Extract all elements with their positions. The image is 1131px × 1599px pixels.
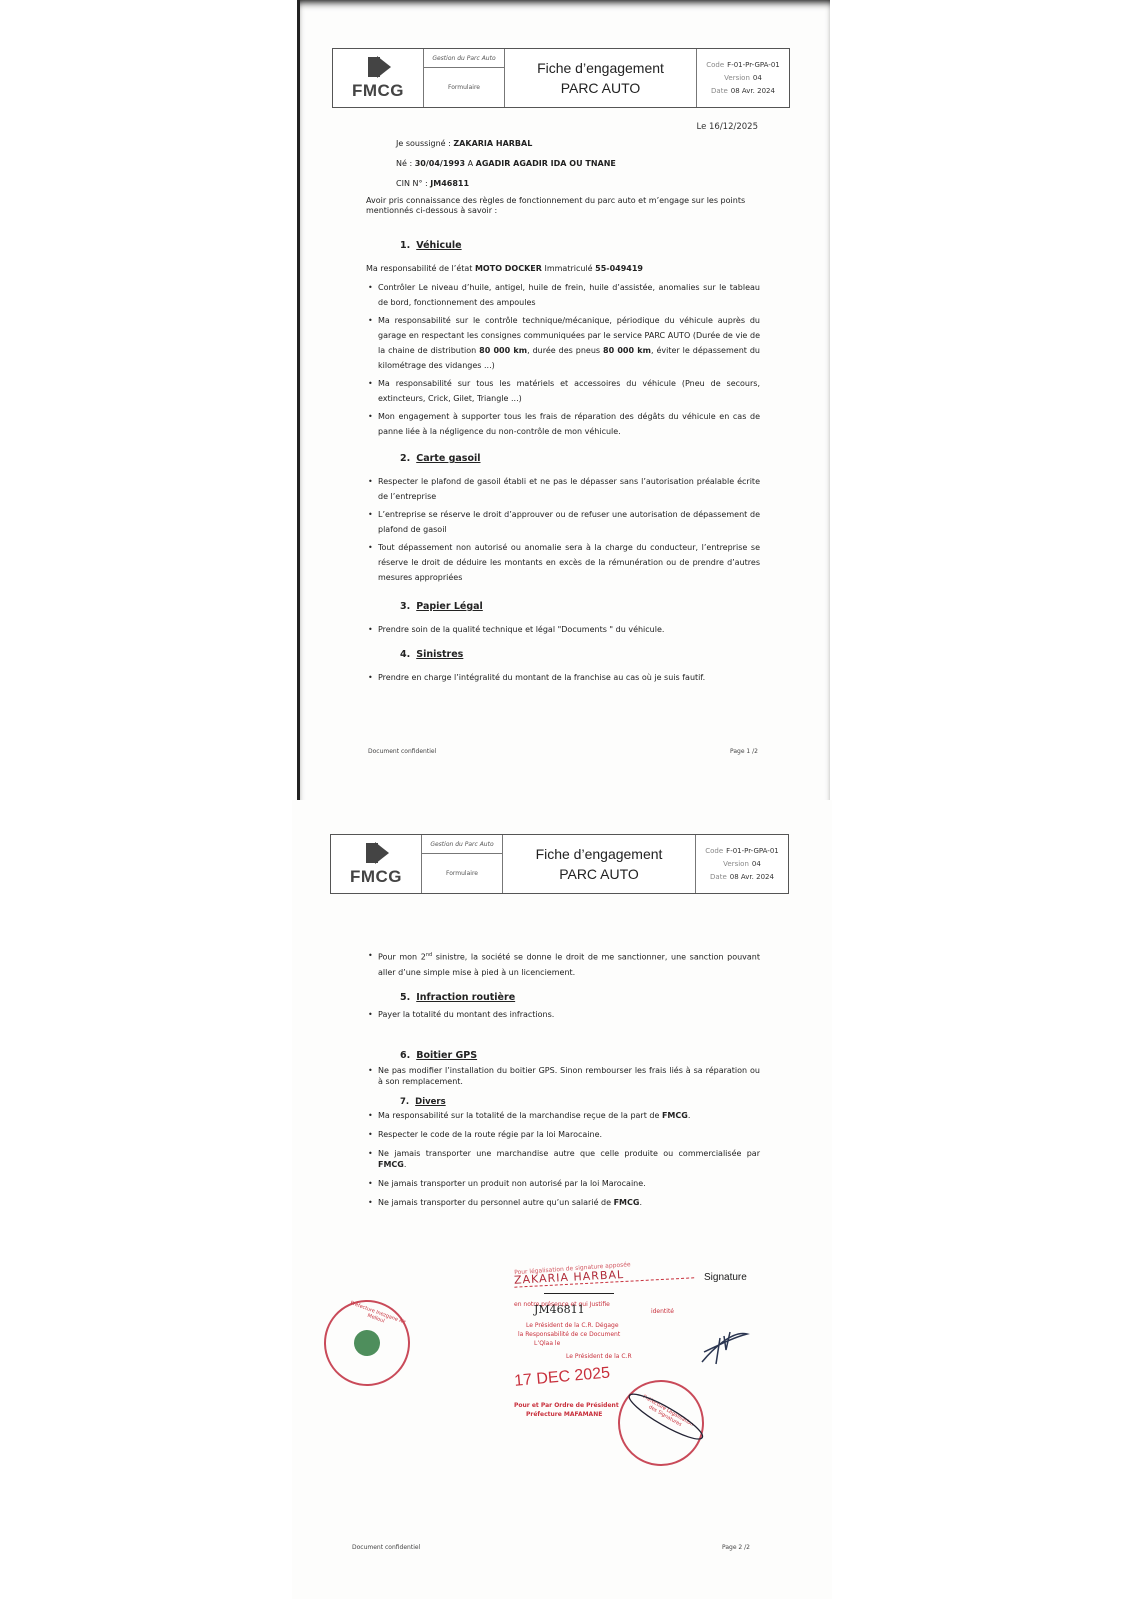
employee-name: ZAKARIA HARBAL <box>453 139 532 148</box>
section-number: 3. <box>400 601 410 612</box>
document-header: FMCG Gestion du Parc Auto Formulaire Fic… <box>330 834 789 894</box>
section-number: 1. <box>400 240 410 251</box>
list-item: Respecter le code de la route régie par … <box>366 1129 760 1140</box>
footer-page-number: Page 2 /2 <box>722 1544 750 1551</box>
section-infraction-title: 5.Infraction routière <box>400 990 760 1005</box>
intro-text: Avoir pris connaissance des règles de fo… <box>366 196 760 216</box>
section-sinistres-title: 4.Sinistres <box>400 647 760 662</box>
seal-left-icon: Préfecture Inezgane Ait Melloul <box>312 1288 422 1398</box>
section-number: 5. <box>400 992 410 1003</box>
list-item: Respecter le plafond de gasoil établi et… <box>366 474 760 504</box>
version-label: Version <box>723 860 749 868</box>
section-gasoil-list: Respecter le plafond de gasoil établi et… <box>366 474 760 585</box>
vehicle-model: MOTO DOCKER <box>475 264 542 273</box>
section-number: 2. <box>400 453 410 464</box>
list-item: Ma responsabilité sur le contrôle techni… <box>366 313 760 373</box>
vehicle-responsibility: Ma responsabilité de l’état MOTO DOCKER … <box>366 261 760 276</box>
list-item: Contrôler Le niveau d’huile, antigel, hu… <box>366 280 760 310</box>
section-title-text: Boitier GPS <box>416 1050 477 1061</box>
cin-label: CIN N° : <box>396 179 428 188</box>
signature-scribble-icon <box>692 1320 752 1370</box>
section-papier-list: Prendre soin de la qualité technique et … <box>366 622 760 637</box>
page2-body: Pour mon 2nd sinistre, la société se don… <box>366 948 760 1211</box>
section-title-text: Carte gasoil <box>416 453 480 464</box>
company-logo: FMCG <box>333 49 424 107</box>
document-page-1: FMCG Gestion du Parc Auto Formulaire Fic… <box>297 0 830 800</box>
title-line-1: Fiche d’engagement <box>536 844 663 864</box>
section-gasoil-title: 2.Carte gasoil <box>400 451 760 466</box>
cin-number: JM46811 <box>430 179 469 188</box>
document-title: Fiche d’engagement PARC AUTO <box>505 49 697 107</box>
stamp-disclaimer-2: la Responsabilité de ce Document <box>518 1330 694 1339</box>
code-label: Code <box>705 847 723 855</box>
signature-over-seal-icon <box>617 1380 715 1454</box>
title-line-1: Fiche d’engagement <box>537 58 664 78</box>
title-line-2: PARC AUTO <box>561 78 641 98</box>
department-label: Gestion du Parc Auto <box>422 835 502 854</box>
page1-body: Je soussigné : ZAKARIA HARBAL Né : 30/04… <box>366 136 760 688</box>
list-item: L’entreprise se réserve le droit d’appro… <box>366 507 760 537</box>
doc-type-label: Formulaire <box>422 854 502 893</box>
document-meta: CodeF-01-Pr-GPA-01 Version04 Date08 Avr.… <box>697 49 789 107</box>
section-divers-title: 7.Divers <box>400 1095 760 1110</box>
date-value: 08 Avr. 2024 <box>730 873 774 881</box>
list-item: Ma responsabilité sur la totalité de la … <box>366 1110 760 1121</box>
list-item: Ne pas modifier l’installation du boitie… <box>366 1065 760 1087</box>
logo-text: FMCG <box>352 81 404 101</box>
section-vehicule-title: 1.Véhicule <box>400 238 760 253</box>
company-logo: FMCG <box>331 835 422 893</box>
section-title-text: Sinistres <box>416 649 463 660</box>
section-number: 4. <box>400 649 410 660</box>
list-item: Mon engagement à supporter tous les frai… <box>366 409 760 439</box>
list-item: Prendre en charge l’intégralité du monta… <box>366 670 760 685</box>
section-papier-title: 3.Papier Légal <box>400 599 760 614</box>
list-item: Pour mon 2nd sinistre, la société se don… <box>366 948 760 980</box>
list-item: Ne jamais transporter du personnel autre… <box>366 1197 760 1208</box>
birth-sep: A <box>468 159 473 168</box>
document-title: Fiche d’engagement PARC AUTO <box>503 835 696 893</box>
stamp-disclaimer-1: Le Président de la C.R. Dégage <box>526 1321 694 1330</box>
section-sinistres-list: Prendre en charge l’intégralité du monta… <box>366 670 760 685</box>
birth-place: AGADIR AGADIR IDA OU TNANE <box>476 159 616 168</box>
document-meta: CodeF-01-Pr-GPA-01 Version04 Date08 Avr.… <box>696 835 788 893</box>
vehicle-lead: Ma responsabilité de l’état <box>366 264 472 273</box>
identity-block: Je soussigné : ZAKARIA HARBAL Né : 30/04… <box>366 136 760 191</box>
stamp-place-label: L’Qlaa le <box>534 1339 694 1348</box>
section-gps-title: 6.Boitier GPS <box>400 1048 760 1063</box>
date-value: 08 Avr. 2024 <box>731 87 775 95</box>
vehicle-plate: 55-049419 <box>595 264 643 273</box>
code-label: Code <box>706 61 724 69</box>
handwritten-id: JM46811 <box>534 1305 585 1314</box>
document-page-2: FMCG Gestion du Parc Auto Formulaire Fic… <box>292 800 832 1599</box>
list-item: Ma responsabilité sur tous les matériels… <box>366 376 760 406</box>
title-line-2: PARC AUTO <box>559 864 639 884</box>
seal-left-text: Préfecture Inezgane Ait Melloul <box>346 1300 408 1332</box>
list-item: Ne jamais transporter une marchandise au… <box>366 1148 760 1170</box>
birth-date: 30/04/1993 <box>415 159 465 168</box>
section-title-text: Véhicule <box>416 240 461 251</box>
section-title-text: Divers <box>415 1097 446 1107</box>
logo-arrow-icon <box>363 841 389 865</box>
plate-label: Immatriculé <box>544 264 592 273</box>
footer-confidential: Document confidentiel <box>352 1544 420 1551</box>
signature-label: Signature <box>704 1272 747 1283</box>
section-vehicule-list: Contrôler Le niveau d’huile, antigel, hu… <box>366 280 760 439</box>
list-item: Ne jamais transporter un produit non aut… <box>366 1178 760 1189</box>
logo-text: FMCG <box>350 867 402 887</box>
section-title-text: Papier Légal <box>416 601 483 612</box>
soussigne-label: Je soussigné : <box>396 139 451 148</box>
code-value: F-01-Pr-GPA-01 <box>726 847 779 855</box>
doc-type-label: Formulaire <box>424 68 504 107</box>
code-value: F-01-Pr-GPA-01 <box>727 61 780 69</box>
version-value: 04 <box>753 74 762 82</box>
document-header: FMCG Gestion du Parc Auto Formulaire Fic… <box>332 48 790 108</box>
letter-date: Le 16/12/2025 <box>696 122 758 132</box>
version-label: Version <box>724 74 750 82</box>
version-value: 04 <box>752 860 761 868</box>
section-number: 6. <box>400 1050 410 1061</box>
department-label: Gestion du Parc Auto <box>424 49 504 68</box>
list-item: Payer la totalité du montant des infract… <box>366 1007 760 1022</box>
section-number: 7. <box>400 1097 409 1107</box>
section-title-text: Infraction routière <box>416 992 515 1003</box>
date-label: Date <box>711 87 728 95</box>
list-item: Prendre soin de la qualité technique et … <box>366 622 760 637</box>
identity-label: identité <box>651 1307 674 1316</box>
date-label: Date <box>710 873 727 881</box>
footer-page-number: Page 1 /2 <box>730 748 758 755</box>
list-item: Tout dépassement non autorisé ou anomali… <box>366 540 760 585</box>
logo-arrow-icon <box>365 55 391 79</box>
footer-confidential: Document confidentiel <box>368 748 436 755</box>
birth-label: Né : <box>396 159 412 168</box>
